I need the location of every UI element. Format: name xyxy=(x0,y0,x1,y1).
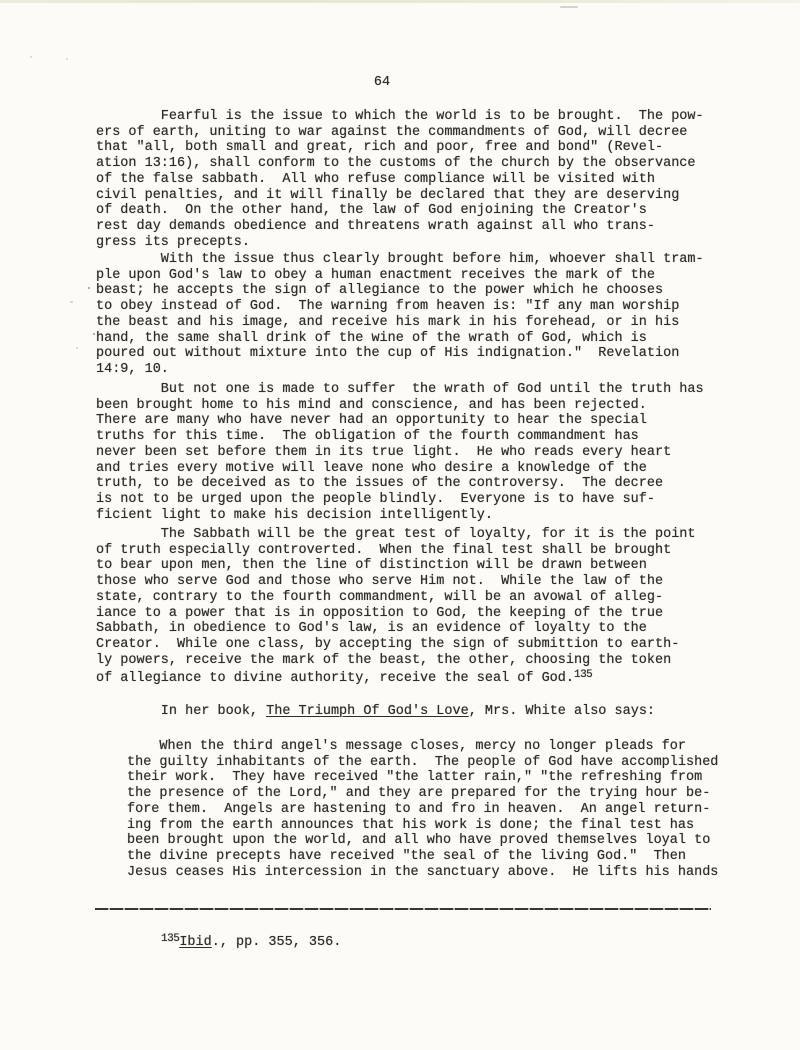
book-intro: In her book, The Triumph Of God's Love, … xyxy=(96,704,736,720)
text-line: 14:9, 10. xyxy=(96,362,736,378)
scan-speck xyxy=(76,347,78,349)
text-line: been brought upon the world, and all who… xyxy=(127,833,767,849)
text-line: of the false sabbath. All who refuse com… xyxy=(96,172,736,188)
text-line: Jesus ceases His intercession in the san… xyxy=(127,865,767,881)
text-line-with-footnote-ref: of allegiance to divine authority, recei… xyxy=(96,668,736,687)
text-line: been brought home to his mind and consci… xyxy=(96,398,736,414)
text-line: ing from the earth announces that his wo… xyxy=(127,818,767,834)
text-line: The Sabbath will be the great test of lo… xyxy=(96,527,736,543)
text-line: But not one is made to suffer the wrath … xyxy=(96,382,736,398)
intro-prefix: In her book, xyxy=(96,704,266,719)
text-line: of death. On the other hand, the law of … xyxy=(96,203,736,219)
text-line: the divine precepts have received "the s… xyxy=(127,849,767,865)
text-line: Sabbath, in obedience to God's law, is a… xyxy=(96,621,736,637)
text-line: never been set before them in its true l… xyxy=(96,445,736,461)
text-line: rest day demands obedience and threatens… xyxy=(96,219,736,235)
text-line: There are many who have never had an opp… xyxy=(96,413,736,429)
book-title: The Triumph Of God's Love xyxy=(266,704,469,719)
text-fragment: of allegiance to divine authority, recei… xyxy=(96,671,574,686)
text-line: When the third angel's message closes, m… xyxy=(127,739,767,755)
text-line: ple upon God's law to obey a human enact… xyxy=(96,268,736,284)
text-line: ers of earth, uniting to war against the… xyxy=(96,125,736,141)
text-line: Creator. While one class, by accepting t… xyxy=(96,637,736,653)
text-line: and tries every motive will leave none w… xyxy=(96,461,736,477)
text-line: hand, the same shall drink of the wine o… xyxy=(96,331,736,347)
text-line: truth, to be deceived as to the issues o… xyxy=(96,476,736,492)
footnote-ibid: Ibid xyxy=(179,935,211,950)
intro-suffix: , Mrs. White also says: xyxy=(469,704,655,719)
text-line: civil penalties, and it will finally be … xyxy=(96,188,736,204)
document-page: 64 Fearful is the issue to which the wor… xyxy=(0,0,800,1050)
paragraph-4: The Sabbath will be the great test of lo… xyxy=(96,527,736,687)
footnote-reference: 135 xyxy=(574,669,592,681)
text-line: the beast and his image, and receive his… xyxy=(96,315,736,331)
text-line: the presence of the Lord," and they are … xyxy=(127,786,767,802)
text-line: ly powers, receive the mark of the beast… xyxy=(96,653,736,669)
text-line: state, contrary to the fourth commandmen… xyxy=(96,590,736,606)
text-line: poured out without mixture into the cup … xyxy=(96,346,736,362)
text-line: their work. They have received "the latt… xyxy=(127,770,767,786)
text-line: fore them. Angels are hastening to and f… xyxy=(127,802,767,818)
text-line: is not to be urged upon the people blind… xyxy=(96,492,736,508)
scan-speck xyxy=(70,301,73,303)
text-line: truths for this time. The obligation of … xyxy=(96,429,736,445)
text-line: iance to a power that is in opposition t… xyxy=(96,606,736,622)
scan-speck xyxy=(93,333,95,335)
text-line: Fearful is the issue to which the world … xyxy=(96,109,736,125)
text-line: of truth especially controverted. When t… xyxy=(96,543,736,559)
text-line: to obey instead of God. The warning from… xyxy=(96,299,736,315)
scan-speck xyxy=(30,56,32,58)
footnote: 135Ibid., pp. 355, 356. xyxy=(161,932,341,951)
text-line: ficient light to make his decision intel… xyxy=(96,508,736,524)
intro-line: In her book, The Triumph Of God's Love, … xyxy=(96,704,736,720)
text-line: that "all, both small and great, rich an… xyxy=(96,140,736,156)
scan-speck xyxy=(560,6,578,8)
footnote-marker: 135 xyxy=(161,933,179,945)
scan-speck xyxy=(88,287,90,289)
text-line: to bear upon men, then the line of disti… xyxy=(96,558,736,574)
page-number: 64 xyxy=(82,75,682,91)
footnote-separator-line xyxy=(95,908,711,910)
text-line: With the issue thus clearly brought befo… xyxy=(96,252,736,268)
text-line: beast; he accepts the sign of allegiance… xyxy=(96,283,736,299)
text-line: ation 13:16), shall conform to the custo… xyxy=(96,156,736,172)
footnote-line: 135Ibid., pp. 355, 356. xyxy=(161,932,341,951)
footnote-pages: ., pp. 355, 356. xyxy=(212,935,342,950)
text-line: the guilty inhabitants of the earth. The… xyxy=(127,755,767,771)
scan-speck xyxy=(66,58,68,60)
paragraph-1: Fearful is the issue to which the world … xyxy=(96,109,736,250)
text-line: those who serve God and those who serve … xyxy=(96,574,736,590)
block-quote: When the third angel's message closes, m… xyxy=(127,739,767,880)
text-line: gress its precepts. xyxy=(96,235,736,251)
paragraph-2: With the issue thus clearly brought befo… xyxy=(96,252,736,378)
paragraph-3: But not one is made to suffer the wrath … xyxy=(96,382,736,523)
